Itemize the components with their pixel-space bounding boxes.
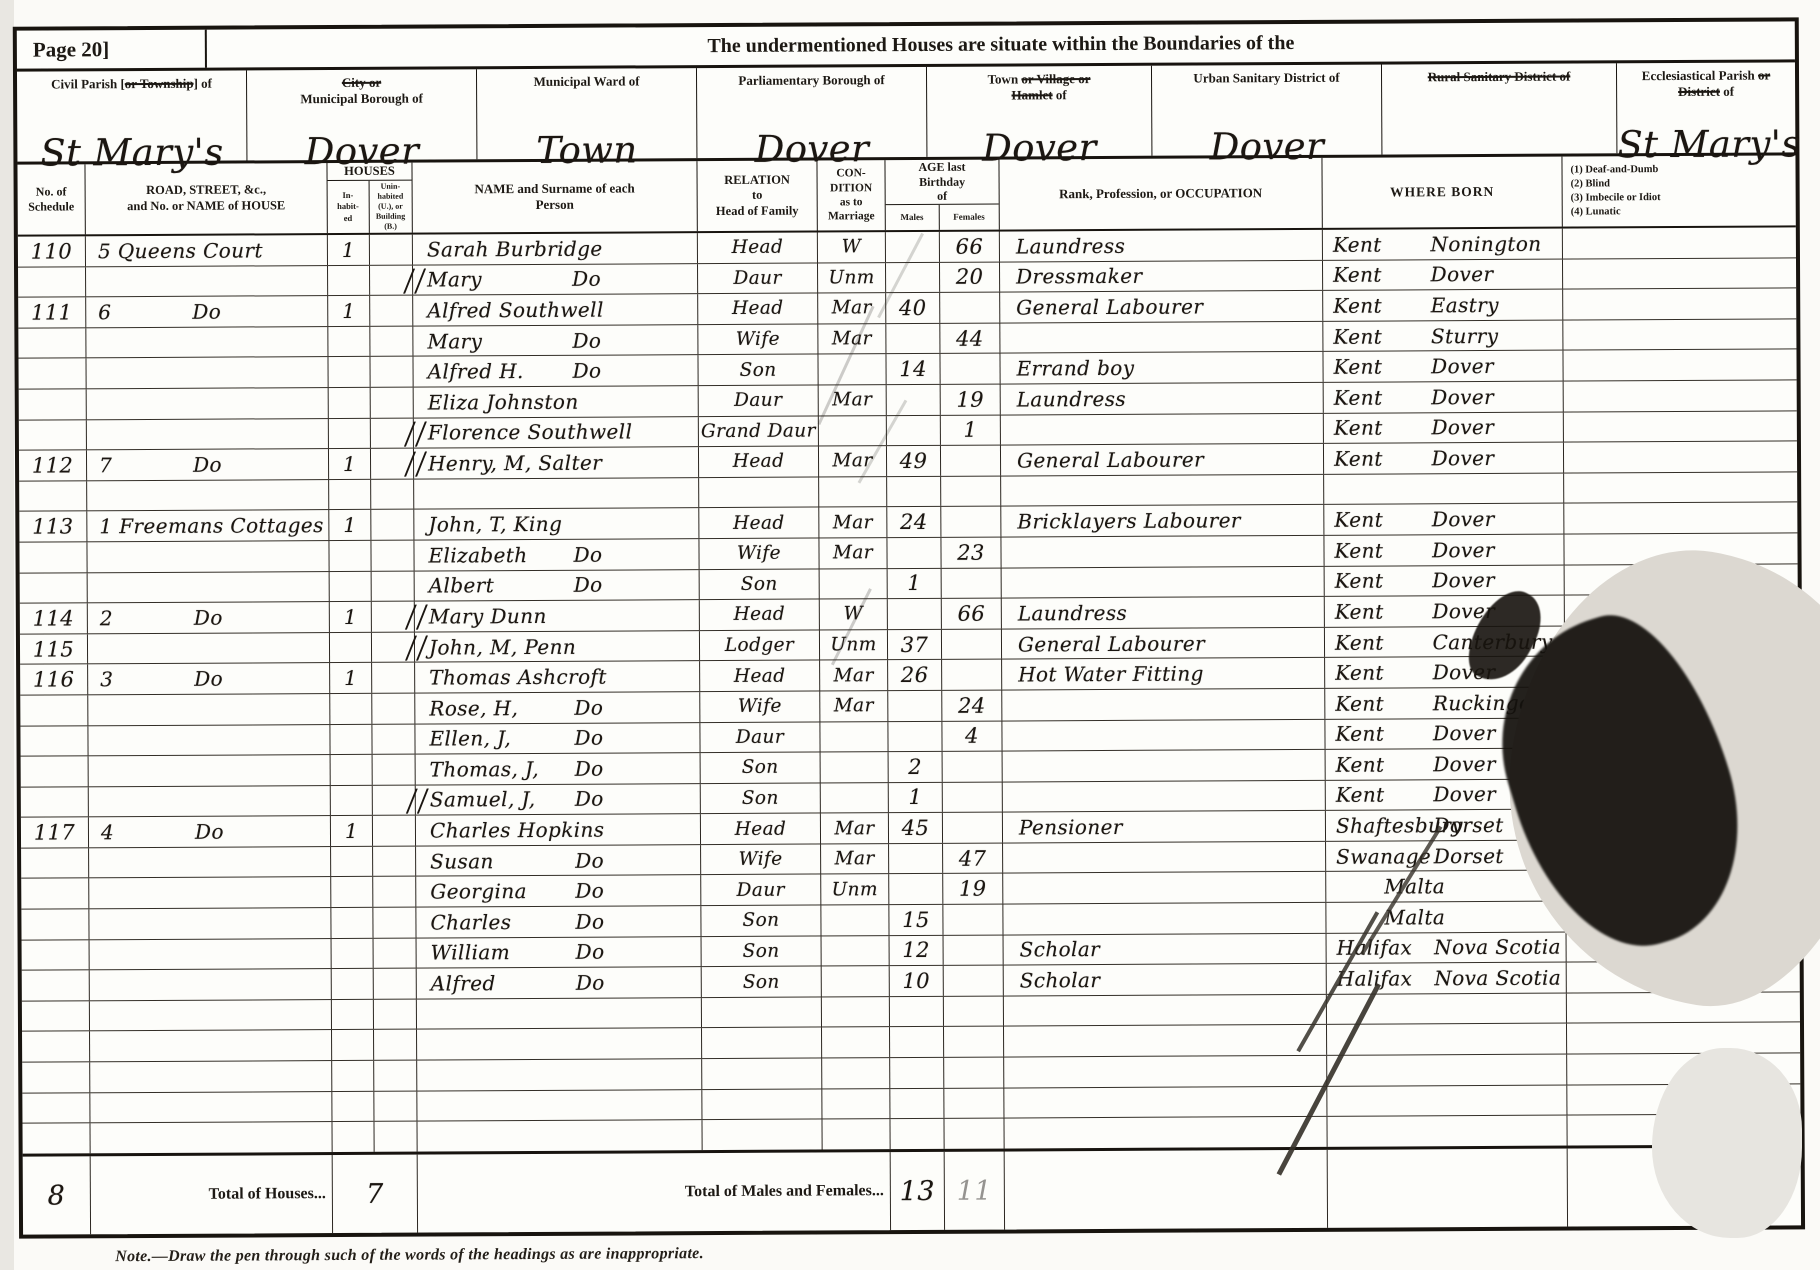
cell-inhabited — [328, 327, 370, 357]
cell-schedule — [19, 420, 87, 450]
cell-age_m — [890, 1027, 944, 1057]
cell-born: KentDover — [1324, 504, 1564, 535]
cell-relation: Daur — [700, 722, 820, 752]
cell-occupation — [1004, 1025, 1327, 1056]
cell-age_m — [890, 1088, 944, 1118]
cell-age_f: 23 — [941, 537, 1001, 567]
cell-schedule — [22, 1032, 90, 1062]
cell-condition — [822, 1028, 890, 1058]
cell-occupation — [1002, 566, 1325, 597]
cell-occupation — [1004, 995, 1327, 1026]
cell-occupation: Laundress — [1002, 597, 1325, 628]
cell-born — [1327, 1085, 1567, 1116]
cell-schedule — [18, 359, 86, 389]
cell-empty — [374, 999, 417, 1029]
cell-schedule — [22, 971, 90, 1001]
cell-age_f — [943, 905, 1003, 935]
form-banner: The undermentioned Houses are situate wi… — [207, 21, 1795, 67]
cell-empty — [1567, 1084, 1800, 1115]
cell-empty — [1567, 1053, 1800, 1084]
cell-schedule: 113 — [19, 512, 87, 542]
cell-inhabited: 1 — [330, 663, 372, 693]
cell-schedule — [21, 848, 89, 878]
cell-inhabited — [330, 633, 372, 663]
cell-relation: Wife — [698, 324, 818, 354]
cell-condition — [822, 966, 890, 996]
cell-empty — [1564, 411, 1797, 442]
cell-inhabited — [328, 265, 370, 295]
cell-name: Mary Dunn — [415, 600, 700, 631]
cell-condition: Mar — [819, 507, 887, 537]
cell-name: Samuel, J,Do — [416, 784, 701, 815]
cell-relation: Head — [698, 294, 818, 324]
cell-schedule: 115 — [20, 634, 88, 664]
cell-inhabited — [332, 1030, 374, 1060]
cell-age_m — [888, 721, 942, 751]
cell-schedule — [22, 1093, 90, 1123]
cell-relation: Daur — [699, 385, 819, 415]
cell-condition — [818, 355, 886, 385]
cell-occupation: Hot Water Fitting — [1002, 658, 1325, 689]
cell-relation: Lodger — [700, 630, 820, 660]
cell-born: KentDover — [1325, 565, 1565, 596]
footnote: Note.—Draw the pen through such of the w… — [115, 1245, 704, 1266]
cell-road — [89, 878, 331, 909]
cell-empty — [1564, 472, 1797, 503]
cell-age_m: 26 — [888, 660, 942, 690]
header-box-label: Town or Village or Hamlet of — [927, 66, 1151, 103]
cell-inhabited — [329, 418, 371, 448]
census-form: Page 20] The undermentioned Houses are s… — [13, 17, 1805, 1238]
header-box: Ecclesiastical Parish or District ofSt M… — [1617, 62, 1795, 153]
cell-born: KentDover — [1325, 718, 1565, 749]
cell-age_m: 24 — [887, 507, 941, 537]
cell-inhabited: 1 — [329, 510, 371, 540]
header-box-value: Dover — [697, 130, 926, 168]
cell-age_f: 19 — [943, 874, 1003, 904]
cell-relation: Son — [702, 967, 822, 997]
cell-age_f — [941, 507, 1001, 537]
cell-inhabited — [332, 1122, 374, 1152]
cell-empty — [1566, 870, 1799, 901]
col-header-infirmity: (1) Deaf-and-Dumb (2) Blind (3) Imbecile… — [1562, 155, 1795, 226]
totals-males-value: 13 — [891, 1152, 945, 1230]
cell-name: Sarah Burbridge — [413, 233, 698, 264]
cell-occupation: General Labourer — [1000, 291, 1323, 322]
col-header-relation: RELATION to Head of Family — [697, 160, 817, 231]
cell-road — [90, 969, 332, 1000]
cell-condition: Unm — [821, 875, 889, 905]
cell-empty — [370, 357, 413, 387]
cell-empty — [370, 296, 413, 326]
cell-relation: Head — [700, 661, 820, 691]
col-header-houses: HOUSES In- habit- ed Unin- habited (U.),… — [327, 163, 412, 233]
cell-inhabited — [332, 1061, 374, 1091]
cell-age_m: 12 — [890, 935, 944, 965]
cell-occupation: Pensioner — [1003, 811, 1326, 842]
cell-inhabited — [329, 480, 371, 510]
cell-occupation — [1002, 689, 1325, 720]
cell-relation: Head — [701, 814, 821, 844]
cell-relation: Head — [700, 600, 820, 630]
header-box: Rural Sanitary District of — [1382, 63, 1617, 154]
cell-name: Eliza Johnston — [414, 386, 699, 417]
cell-empty — [371, 479, 414, 509]
cell-empty — [1565, 656, 1798, 687]
cell-name: MaryDo — [413, 325, 698, 356]
cell-empty — [1565, 564, 1798, 595]
cell-road — [87, 541, 329, 572]
cell-road — [88, 725, 330, 756]
cell-condition: Mar — [821, 844, 889, 874]
cell-inhabited — [329, 541, 371, 571]
cell-empty — [374, 1091, 417, 1121]
cell-occupation: General Labourer — [1002, 628, 1325, 659]
cell-age_m: 1 — [888, 568, 942, 598]
cell-name: Ellen, J,Do — [415, 723, 700, 754]
header-box-label: Parliamentary Borough of — [697, 67, 926, 89]
scan-wrap: Page 20] The undermentioned Houses are s… — [13, 17, 1811, 1270]
cell-age_m — [887, 385, 941, 415]
cell-condition: Mar — [819, 538, 887, 568]
cell-occupation — [1004, 1086, 1327, 1117]
cell-born: KentDover — [1324, 382, 1564, 413]
header-box-value: St Mary's — [17, 133, 246, 171]
cell-condition: Mar — [821, 813, 889, 843]
cell-schedule — [21, 787, 89, 817]
cell-age_m: 49 — [887, 446, 941, 476]
cell-empty — [371, 510, 414, 540]
col-header-where-born: WHERE BORN — [1322, 157, 1562, 228]
cell-road — [89, 908, 331, 939]
cell-born: KentCanterbury — [1325, 626, 1565, 657]
cell-road — [90, 1000, 332, 1031]
cell-born — [1324, 473, 1564, 504]
cell-occupation — [1000, 322, 1323, 353]
cell-road: 4Do — [89, 816, 331, 847]
cell-schedule — [22, 1124, 90, 1154]
col-header-males: Males — [886, 205, 940, 230]
cell-name: Henry, M, Salter — [414, 447, 699, 478]
cell-relation: Daur — [698, 263, 818, 293]
cell-inhabited: 1 — [329, 449, 371, 479]
cell-name — [417, 1029, 702, 1060]
totals-houses-value: 7 — [333, 1155, 418, 1233]
cell-condition — [821, 752, 889, 782]
cell-road — [90, 1122, 332, 1153]
cell-age_f — [944, 1088, 1004, 1118]
cell-born: Malta — [1326, 871, 1566, 902]
cell-road — [86, 266, 328, 297]
cell-road — [87, 480, 329, 511]
cell-schedule — [22, 940, 90, 970]
cell-condition — [822, 997, 890, 1027]
cell-road — [88, 694, 330, 725]
totals-occupation-empty — [1005, 1150, 1328, 1230]
cell-empty — [1565, 625, 1798, 656]
cell-empty — [1563, 289, 1796, 320]
cell-condition — [822, 1089, 890, 1119]
cell-relation: Wife — [699, 538, 819, 568]
cell-road: 6Do — [86, 296, 328, 327]
cell-schedule — [20, 695, 88, 725]
cell-relation: Wife — [700, 691, 820, 721]
cell-schedule — [19, 481, 87, 511]
cell-relation — [702, 1059, 822, 1089]
cell-inhabited — [331, 877, 373, 907]
cell-condition — [822, 936, 890, 966]
cell-name: Thomas, J,Do — [416, 753, 701, 784]
cell-condition: Mar — [818, 293, 886, 323]
cell-born: Malta — [1326, 902, 1566, 933]
cell-inhabited: 1 — [330, 602, 372, 632]
cell-condition: Mar — [820, 660, 888, 690]
cell-born: ShaftesburyDorset — [1326, 810, 1566, 841]
cell-road — [90, 1061, 332, 1092]
cell-name: Charles Hopkins — [416, 814, 701, 845]
cell-occupation — [1002, 719, 1325, 750]
cell-born: KentSturry — [1323, 320, 1563, 351]
cell-age_f: 66 — [942, 599, 1002, 629]
header-boxes: Civil Parish [or Township] ofSt Mary'sCi… — [17, 62, 1795, 164]
cell-born: KentDover — [1326, 779, 1566, 810]
header-box-label: Ecclesiastical Parish or District of — [1617, 62, 1795, 99]
cell-age_m: 10 — [890, 966, 944, 996]
cell-occupation — [1004, 1117, 1327, 1148]
cell-age_f — [944, 935, 1004, 965]
col-header-uninhabited: Unin- habited (U.), or Building (B.) — [369, 181, 412, 233]
cell-occupation — [1003, 842, 1326, 873]
cell-born: KentNonington — [1323, 229, 1563, 260]
cell-empty — [1564, 380, 1797, 411]
cell-empty — [1566, 778, 1799, 809]
cell-relation: Son — [702, 936, 822, 966]
cell-condition — [819, 416, 887, 446]
cell-age_f — [942, 660, 1002, 690]
cell-road: 7Do — [87, 449, 329, 480]
header-box: Town or Village or Hamlet ofDover — [927, 66, 1152, 157]
cell-occupation — [1003, 872, 1326, 903]
cell-name: WilliamDo — [417, 937, 702, 968]
table-rows: 1105 Queens Court1Sarah BurbridgeHeadW66… — [18, 227, 1801, 1153]
cell-inhabited: 1 — [328, 235, 370, 265]
cell-empty — [1563, 258, 1796, 289]
cell-born: KentEastry — [1323, 290, 1563, 321]
cell-schedule — [20, 573, 88, 603]
cell-occupation: Scholar — [1004, 964, 1327, 995]
cell-age_f: 19 — [941, 385, 1001, 415]
cell-inhabited — [330, 694, 372, 724]
cell-occupation: Scholar — [1004, 933, 1327, 964]
cell-occupation: General Labourer — [1001, 444, 1324, 475]
cell-empty — [370, 326, 413, 356]
header-box-value: St Mary's — [1617, 125, 1795, 163]
cell-relation: Son — [701, 783, 821, 813]
cell-occupation — [1001, 475, 1324, 506]
cell-road — [87, 388, 329, 419]
cell-empty — [1566, 839, 1799, 870]
cell-age_m: 45 — [889, 813, 943, 843]
cell-empty — [370, 235, 413, 265]
header-box: Urban Sanitary District ofDover — [1152, 65, 1382, 156]
cell-relation: Head — [698, 232, 818, 262]
cell-age_m — [890, 1119, 944, 1149]
cell-inhabited — [332, 1091, 374, 1121]
cell-name: SusanDo — [416, 845, 701, 876]
cell-name: Thomas Ashcroft — [415, 661, 700, 692]
cell-born: HalifaxNova Scotia — [1327, 963, 1567, 994]
cell-schedule: 110 — [18, 236, 86, 266]
cell-name: Alfred H.Do — [413, 355, 698, 386]
cell-born — [1327, 1024, 1567, 1055]
header-box-value: Dover — [927, 129, 1151, 167]
cell-occupation: Dressmaker — [1000, 260, 1323, 291]
cell-road: 3Do — [88, 663, 330, 694]
cell-empty — [1564, 442, 1797, 473]
cell-age_f — [940, 293, 1000, 323]
cell-road — [86, 327, 328, 358]
cell-age_m: 40 — [886, 293, 940, 323]
cell-schedule — [21, 756, 89, 786]
cell-name — [417, 1090, 702, 1121]
cell-road: 2Do — [88, 602, 330, 633]
cell-occupation — [1003, 781, 1326, 812]
cell-inhabited — [330, 571, 372, 601]
cell-age_m — [889, 844, 943, 874]
cell-empty — [1565, 686, 1798, 717]
cell-schedule — [20, 726, 88, 756]
cell-age_m — [887, 538, 941, 568]
cell-inhabited: 1 — [328, 296, 370, 326]
cell-born — [1327, 1116, 1567, 1147]
cell-schedule: 116 — [20, 665, 88, 695]
cell-born: KentDover — [1324, 412, 1564, 443]
cell-empty — [1563, 350, 1796, 381]
cell-empty — [372, 724, 415, 754]
cell-occupation: Laundress — [1000, 230, 1323, 261]
cell-road — [90, 939, 332, 970]
cell-empty — [1563, 227, 1796, 258]
cell-name: CharlesDo — [416, 906, 701, 937]
cell-relation: Son — [700, 569, 820, 599]
cell-relation — [702, 1089, 822, 1119]
cell-born: KentDover — [1323, 351, 1563, 382]
cell-age_f — [943, 752, 1003, 782]
cell-age_f — [943, 813, 1003, 843]
cell-condition: Unm — [820, 630, 888, 660]
totals-males-females-label: Total of Males and Females... — [418, 1152, 891, 1232]
col-header-females: Females — [939, 205, 999, 230]
cell-schedule — [22, 1062, 90, 1092]
header-box-value: Dover — [247, 132, 476, 170]
cell-name — [417, 998, 702, 1029]
cell-road — [89, 847, 331, 878]
cell-born: KentRuckinge — [1325, 687, 1565, 718]
cell-road — [87, 419, 329, 450]
cell-schedule: 114 — [20, 603, 88, 633]
cell-age_f — [944, 1119, 1004, 1149]
cell-condition — [822, 1058, 890, 1088]
cell-empty — [1566, 747, 1799, 778]
cell-age_m: 37 — [888, 630, 942, 660]
cell-condition: W — [818, 232, 886, 262]
cell-empty — [374, 969, 417, 999]
cell-inhabited — [331, 847, 373, 877]
cell-born: KentDover — [1325, 657, 1565, 688]
cell-age_m — [888, 691, 942, 721]
cell-road — [89, 786, 331, 817]
cell-name: Alfred Southwell — [413, 294, 698, 325]
cell-age_f — [944, 1058, 1004, 1088]
cell-road — [90, 1092, 332, 1123]
cell-empty — [372, 571, 415, 601]
cell-empty — [1567, 992, 1800, 1023]
cell-empty — [374, 1030, 417, 1060]
cell-age_f — [940, 354, 1000, 384]
cell-road: 5 Queens Court — [86, 235, 328, 266]
cell-empty — [373, 816, 416, 846]
cell-age_f: 4 — [942, 721, 1002, 751]
cell-age_f — [944, 966, 1004, 996]
cell-empty — [1567, 962, 1800, 993]
cell-relation: Head — [699, 447, 819, 477]
cell-empty — [373, 755, 416, 785]
cell-name: ElizabethDo — [414, 539, 699, 570]
totals-schedule-value: 8 — [23, 1156, 91, 1234]
cell-occupation: Laundress — [1001, 383, 1324, 414]
cell-schedule — [18, 267, 86, 297]
cell-relation: Head — [699, 508, 819, 538]
cell-empty — [1564, 503, 1797, 534]
cell-born — [1327, 1055, 1567, 1086]
cell-name — [417, 1120, 702, 1151]
cell-age_m — [888, 599, 942, 629]
cell-inhabited — [331, 755, 373, 785]
cell-age_f — [944, 996, 1004, 1026]
cell-occupation: Errand boy — [1000, 352, 1323, 383]
cell-occupation — [1001, 536, 1324, 567]
cell-inhabited — [331, 786, 373, 816]
cell-age_f — [943, 782, 1003, 812]
cell-schedule — [19, 389, 87, 419]
cell-age_f — [941, 446, 1001, 476]
cell-age_m: 1 — [889, 783, 943, 813]
cell-condition — [821, 783, 889, 813]
cell-relation: Wife — [701, 844, 821, 874]
cell-age_f — [941, 476, 1001, 506]
cell-road — [90, 1030, 332, 1061]
cell-inhabited — [330, 724, 372, 754]
cell-empty — [371, 541, 414, 571]
cell-name: John, M, Penn — [415, 631, 700, 662]
cell-born: KentDover — [1326, 749, 1566, 780]
cell-age_f: 20 — [940, 262, 1000, 292]
cell-occupation — [1003, 903, 1326, 934]
cell-name: Florence Southwell — [414, 417, 699, 448]
cell-empty — [372, 694, 415, 724]
cell-road — [89, 755, 331, 786]
cell-age_f: 47 — [943, 843, 1003, 873]
cell-empty — [374, 1122, 417, 1152]
header-box: Civil Parish [or Township] ofSt Mary's — [17, 70, 247, 161]
totals-where-born-empty — [1328, 1149, 1568, 1228]
col-header-schedule: No. of Schedule — [17, 164, 85, 234]
cell-empty — [1565, 717, 1798, 748]
cell-occupation — [1001, 413, 1324, 444]
cell-name: GeorginaDo — [416, 876, 701, 907]
cell-road: 1 Freemans Cottages — [87, 510, 329, 541]
cell-relation — [702, 1028, 822, 1058]
